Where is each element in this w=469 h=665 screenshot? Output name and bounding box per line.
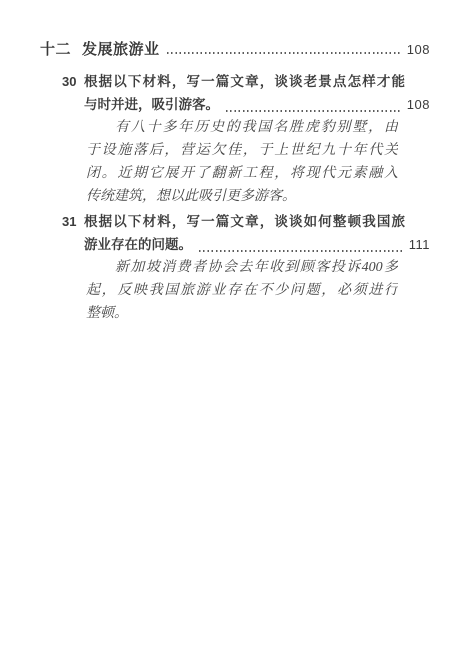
entry-text-line: 根据以下材料，写一篇文章，谈谈老景点怎样才能 [84,70,405,93]
section-number: 十二 [40,41,71,58]
section-page-number: 108 [407,41,430,58]
toc-entry-31: 31 根据以下材料，写一篇文章，谈谈如何整顿我国旅 游业存在的问题。 111 [62,210,430,256]
entry-30-excerpt: 有八十多年历史的我国名胜虎豹别墅，由 于设施落后，营运欠佳，于上世纪九十年代关 … [86,116,398,208]
entry-text-line: 游业存在的问题。 [84,233,192,256]
entry-body: 根据以下材料，写一篇文章，谈谈如何整顿我国旅 游业存在的问题。 111 [84,210,430,256]
entry-page-number: 108 [407,93,430,116]
excerpt-line: 整顿。 [86,302,398,325]
excerpt-line: 起，反映我国旅游业存在不少问题，必须进行 [86,279,398,302]
toc-entry-30: 30 根据以下材料，写一篇文章，谈谈老景点怎样才能 与时并进，吸引游客。 108 [62,70,430,116]
excerpt-line: 闭。近期它展开了翻新工程，将现代元素融入 [86,162,398,185]
dotted-leader [226,110,401,112]
entry-last-line: 游业存在的问题。 111 [84,233,430,256]
entry-text-line: 与时并进，吸引游客。 [84,93,219,116]
entry-last-line: 与时并进，吸引游客。 108 [84,93,430,116]
excerpt-line: 新加坡消费者协会去年收到顾客投诉400多 [86,256,398,279]
entry-number: 30 [62,70,84,116]
section-heading-row: 十二 发展旅游业 108 [40,41,430,58]
entry-31-excerpt: 新加坡消费者协会去年收到顾客投诉400多 起，反映我国旅游业存在不少问题，必须进… [86,256,398,325]
entry-body: 根据以下材料，写一篇文章，谈谈老景点怎样才能 与时并进，吸引游客。 108 [84,70,430,116]
excerpt-line: 传统建筑，想以此吸引更多游客。 [86,185,398,208]
scanned-toc-page: 十二 发展旅游业 108 30 根据以下材料，写一篇文章，谈谈老景点怎样才能 与… [0,0,469,665]
entry-page-number: 111 [409,233,430,256]
entry-text-line: 根据以下材料，写一篇文章，谈谈如何整顿我国旅 [84,210,405,233]
entry-number: 31 [62,210,84,256]
excerpt-line: 有八十多年历史的我国名胜虎豹别墅，由 [86,116,398,139]
blank-page-area [40,327,430,665]
excerpt-line: 于设施落后，营运欠佳，于上世纪九十年代关 [86,139,398,162]
dotted-leader [199,250,403,252]
section-title: 发展旅游业 [82,41,160,58]
dotted-leader [167,52,401,54]
